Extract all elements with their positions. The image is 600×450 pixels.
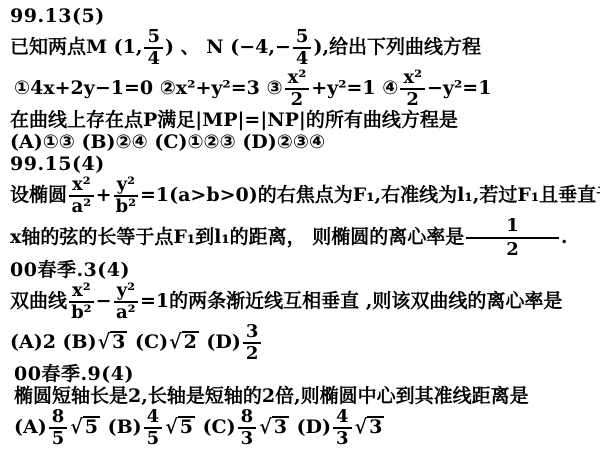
sqrt-expression: √5 (165, 416, 195, 438)
answer-blank-fraction: 12 (466, 217, 559, 259)
fraction: x²b² (69, 282, 94, 322)
sqrt-expression: √2 (169, 331, 199, 353)
fraction: y²b² (114, 176, 138, 216)
q4-number: 00春季.9(4) (10, 364, 594, 385)
fraction: 54 (144, 28, 163, 68)
q1-equations: ①4x+2y−1=0 ②x²+y²=3 ③x²2+y²=1 ④x²2−y²=1 (10, 69, 594, 109)
q2-number: 99.15(4) (10, 154, 594, 175)
q4-stem: 椭圆短轴长是2,长轴是短轴的2倍,则椭圆中心到其准线距离是 (10, 386, 594, 407)
fraction: 85 (49, 408, 68, 448)
q3-stem: 双曲线x²b²−y²a²=1的两条渐近线互相垂直 ,则该双曲线的离心率是 (10, 282, 594, 322)
q1-condition: 在曲线上存在点P满足|MP|=|NP|的所有曲线方程是 (10, 110, 594, 131)
q4-choices: (A)85√5 (B)45√5 (C)83√3 (D)43√3 (10, 408, 594, 448)
q1-choices: (A)①③ (B)②④ (C)①②③ (D)②③④ (10, 132, 594, 153)
sqrt-expression: √3 (98, 331, 128, 353)
fraction: x²2 (400, 69, 425, 109)
fraction: 45 (144, 408, 163, 448)
fraction: 54 (293, 28, 312, 68)
fraction: 43 (333, 408, 352, 448)
sqrt-expression: √3 (259, 416, 289, 438)
fraction: x²2 (285, 69, 310, 109)
fraction: y²a² (114, 282, 138, 322)
q2-stem-line2: x轴的弦的长等于点F₁到l₁的距离， 则椭圆的离心率是12. (10, 217, 594, 259)
fraction: 83 (238, 408, 257, 448)
fraction: 32 (243, 323, 262, 363)
q3-choices: (A)2 (B)√3 (C)√2 (D)32 (10, 323, 594, 363)
fraction: x²a² (69, 176, 94, 216)
q2-stem-line1: 设椭圆x²a²+y²b²=1(a>b>0)的右焦点为F₁,右准线为l₁,若过F₁… (10, 176, 594, 216)
sqrt-expression: √5 (70, 416, 100, 438)
q3-number: 00春季.3(4) (10, 260, 594, 281)
q1-stem: 已知两点M (1,54) 、 N (−4,−54),给出下列曲线方程 (10, 28, 594, 68)
sqrt-expression: √3 (355, 416, 385, 438)
q1-number: 99.13(5) (10, 6, 594, 27)
math-worksheet: 99.13(5) 已知两点M (1,54) 、 N (−4,−54),给出下列曲… (0, 0, 600, 450)
